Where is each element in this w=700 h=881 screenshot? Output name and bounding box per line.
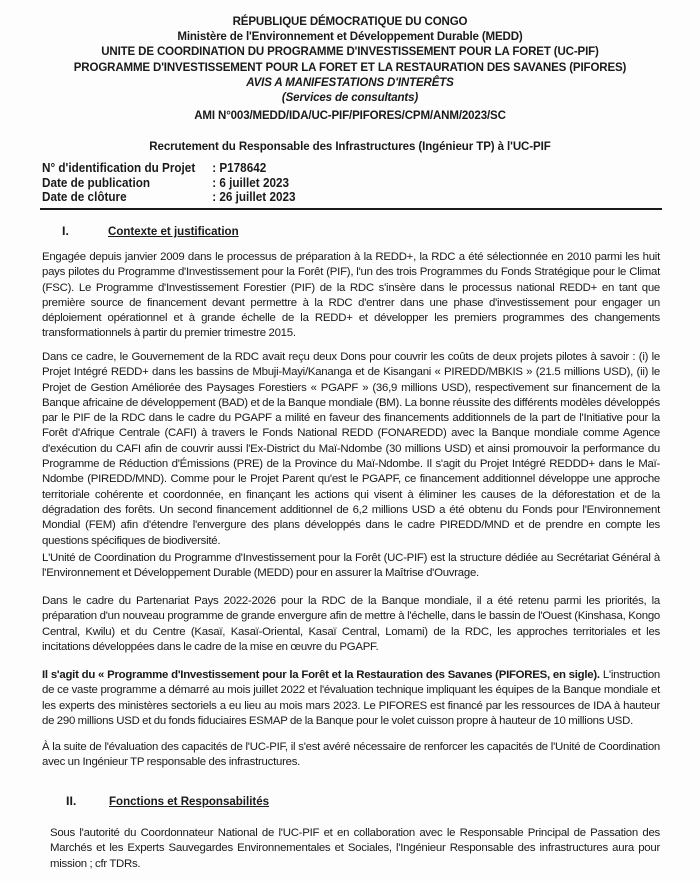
- meta-label: Date de publication: [42, 176, 212, 191]
- paragraph-context-5: Il s'agit du « Programme d'Investissemen…: [42, 668, 660, 729]
- horizontal-divider: [40, 208, 662, 210]
- ministry-heading: Ministère de l'Environnement et Développ…: [25, 29, 676, 44]
- unit-heading: UNITE DE COORDINATION DU PROGRAMME D'INV…: [25, 44, 676, 59]
- services-type: (Services de consultants): [25, 90, 676, 105]
- section-number: II.: [66, 794, 76, 808]
- paragraph-context-6: À la suite de l'évaluation des capacités…: [42, 740, 660, 771]
- section-title: Contexte et justification: [108, 224, 239, 238]
- paragraph-functions-1: Sous l'autorité du Coordonnateur Nationa…: [50, 826, 660, 872]
- meta-row-closing-date: Date de clôture : 26 juillet 2023: [42, 190, 296, 205]
- reference-number: AMI N°003/MEDD/IDA/UC-PIF/PIFORES/CPM/AN…: [25, 108, 676, 123]
- document-page: RÉPUBLIQUE DÉMOCRATIQUE DU CONGO Ministè…: [0, 0, 700, 881]
- recruitment-title: Recrutement du Responsable des Infrastru…: [25, 139, 676, 153]
- meta-row-publication-date: Date de publication : 6 juillet 2023: [42, 176, 296, 191]
- meta-row-project-id: N° d'identification du Projet : P178642: [42, 161, 296, 176]
- section-title: Fonctions et Responsabilités: [109, 794, 269, 808]
- document-header: RÉPUBLIQUE DÉMOCRATIQUE DU CONGO Ministè…: [0, 14, 700, 123]
- country-heading: RÉPUBLIQUE DÉMOCRATIQUE DU CONGO: [25, 14, 676, 29]
- meta-value: : 6 juillet 2023: [212, 176, 289, 191]
- meta-label: Date de clôture: [42, 190, 212, 205]
- pifores-intro-bold: Il s'agit du « Programme d'Investissemen…: [42, 669, 600, 681]
- project-metadata: N° d'identification du Projet : P178642 …: [42, 161, 315, 205]
- paragraph-context-2: Dans ce cadre, le Gouvernement de la RDC…: [42, 350, 660, 549]
- meta-value: : 26 juillet 2023: [212, 190, 295, 205]
- paragraph-context-3: L'Unité de Coordination du Programme d'I…: [42, 551, 660, 582]
- meta-label: N° d'identification du Projet: [42, 161, 212, 176]
- program-heading: PROGRAMME D'INVESTISSEMENT POUR LA FORET…: [25, 60, 676, 75]
- notice-type: AVIS A MANIFESTATIONS D'INTERÊTS: [25, 75, 676, 90]
- paragraph-context-1: Engagée depuis janvier 2009 dans le proc…: [42, 250, 660, 342]
- section-number: I.: [62, 224, 69, 238]
- meta-value: : P178642: [212, 161, 266, 176]
- paragraph-context-4: Dans le cadre du Partenariat Pays 2022-2…: [42, 594, 660, 655]
